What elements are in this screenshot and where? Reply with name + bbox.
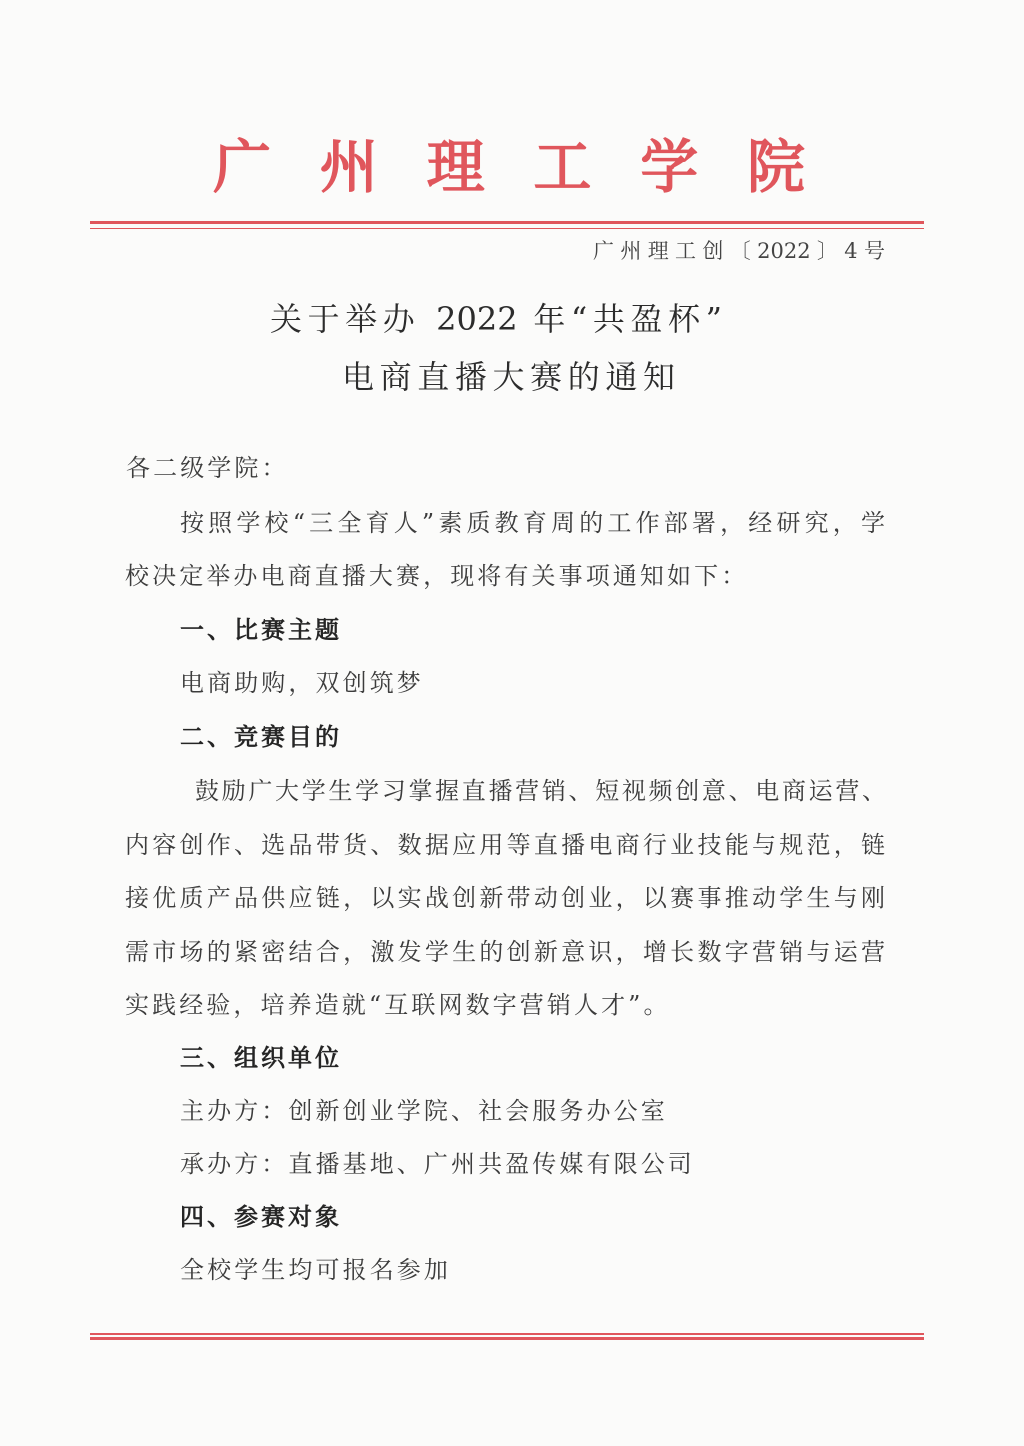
footer-thick-rule (90, 1337, 924, 1340)
salutation: 各二级学院： (126, 453, 289, 483)
section-body-line: 实践经验，培养造就“互联网数字营销人才”。 (125, 990, 671, 1020)
section-body-line: 鼓励广大学生学习掌握直播营销、短视频创意、电商运营、 (195, 776, 886, 806)
letterhead-thick-rule (90, 221, 924, 224)
section-body-line: 全校学生均可报名参加 (180, 1255, 451, 1285)
footer-thin-rule (90, 1333, 924, 1335)
section-body-line: 承办方：直播基地、广州共盈传媒有限公司 (180, 1149, 695, 1179)
section-body-line: 电商助购，双创筑梦 (180, 668, 424, 698)
document-title-line-2: 电商直播大赛的通知 (342, 358, 675, 396)
section-heading-participants: 四、参赛对象 (180, 1202, 342, 1232)
document-number: 广州理工创〔2022〕4号 (593, 239, 885, 263)
section-body-line: 接优质产品供应链，以实战创新带动创业，以赛事推动学生与刚 (125, 883, 885, 913)
section-heading-organizers: 三、组织单位 (180, 1043, 342, 1073)
document-page: 广州理工学院 广州理工创〔2022〕4号 关于举办 2022 年“共盈杯” 电商… (0, 0, 1024, 1446)
letterhead-org-name: 广州理工学院 (213, 134, 805, 200)
section-heading-theme: 一、比赛主题 (180, 615, 342, 645)
section-heading-purpose: 二、竞赛目的 (180, 722, 342, 752)
section-body-line: 需市场的紧密结合，激发学生的创新意识，增长数字营销与运营 (125, 937, 885, 967)
intro-line: 校决定举办电商直播大赛，现将有关事项通知如下： (125, 561, 748, 591)
intro-line: 按照学校“三全育人”素质教育周的工作部署，经研究，学 (180, 508, 885, 538)
letterhead-thin-rule (90, 228, 924, 229)
section-body-line: 内容创作、选品带货、数据应用等直播电商行业技能与规范，链 (125, 830, 885, 860)
section-body-line: 主办方：创新创业学院、社会服务办公室 (180, 1096, 668, 1126)
document-title-line-1: 关于举办 2022 年“共盈杯” (270, 300, 722, 338)
